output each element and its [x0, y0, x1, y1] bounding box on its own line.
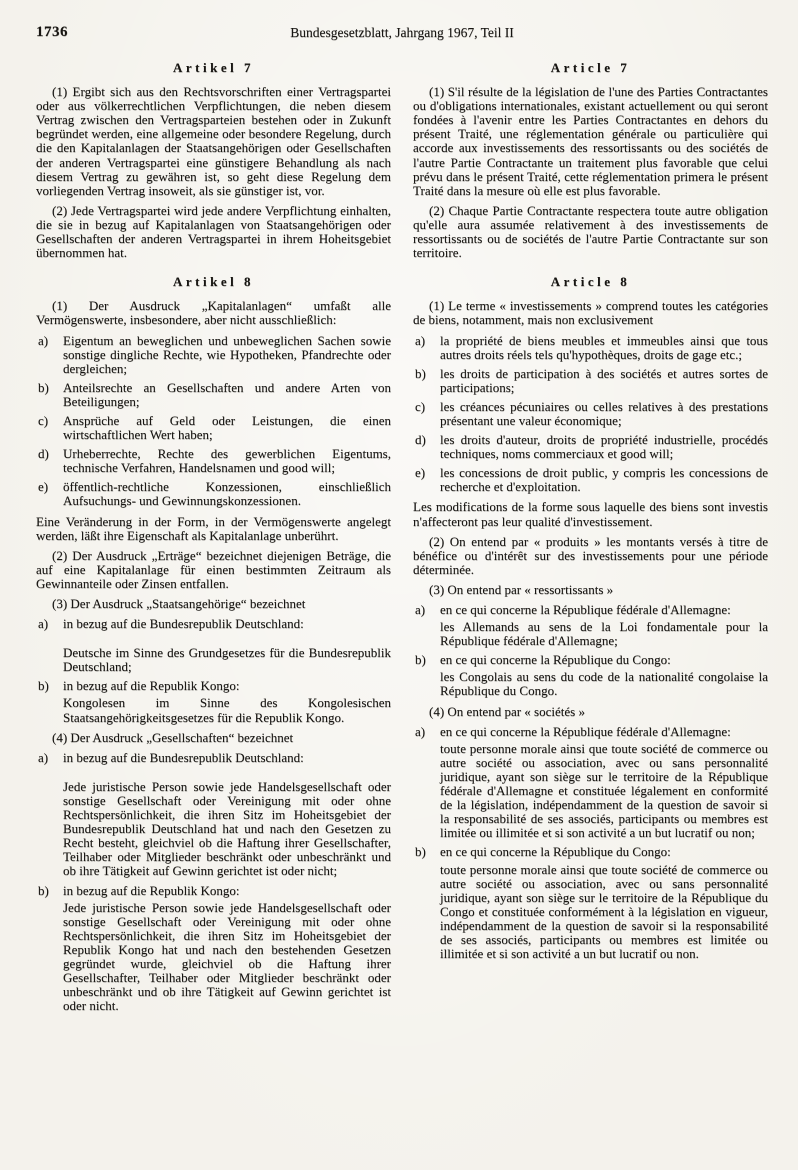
header-title: Bundesgesetzblatt, Jahrgang 1967, Teil I…: [36, 25, 768, 41]
list-item: d)Urheberrechte, Rechte des gewerblichen…: [36, 447, 391, 475]
list-item: c)Ansprüche auf Geld oder Leistungen, di…: [36, 414, 391, 442]
paragraph: Les modifications de la forme sous laque…: [413, 500, 768, 528]
item-marker: b): [415, 367, 426, 381]
list-item: a)en ce qui concerne la République fédér…: [413, 603, 768, 648]
paragraph: (3) On entend par « ressortissants »: [413, 583, 768, 597]
list-item: c)les créances pécuniaires ou celles rel…: [413, 400, 768, 428]
list-item: a)Eigentum an beweglichen und unbeweglic…: [36, 334, 391, 376]
two-column-layout: Artikel 7(1) Ergibt sich aus den Rechtsv…: [36, 56, 768, 1018]
item-text: les droits d'auteur, droits de propriété…: [440, 433, 768, 461]
item-text: les droits de participation à des sociét…: [440, 367, 768, 395]
item-marker: a): [415, 603, 425, 617]
paragraph: (1) Le terme « investissements » compren…: [413, 299, 768, 327]
list-item: e)les concessions de droit public, y com…: [413, 466, 768, 494]
item-text: en ce qui concerne la République fédéral…: [440, 603, 768, 617]
item-text: in bezug auf die Bundesrepublik Deutschl…: [63, 617, 391, 631]
paragraph: (2) Jede Vertragspartei wird jede andere…: [36, 204, 391, 260]
item-text: in bezug auf die Bundesrepublik Deutschl…: [63, 751, 391, 765]
article-heading: Artikel 7: [36, 61, 391, 75]
item-marker: c): [38, 414, 48, 428]
item-text: Urheberrechte, Rechte des gewerblichen E…: [63, 447, 391, 475]
item-marker: c): [415, 400, 425, 414]
item-text: öffentlich-rechtliche Konzessionen, eins…: [63, 480, 391, 508]
item-sub-paragraph: Jede juristische Person sowie jede Hande…: [63, 780, 391, 879]
item-text: en ce qui concerne la République du Cong…: [440, 845, 768, 859]
paragraph: (4) On entend par « sociétés »: [413, 705, 768, 719]
item-marker: d): [415, 433, 426, 447]
list-item: a)en ce qui concerne la République fédér…: [413, 725, 768, 841]
paragraph: (1) Ergibt sich aus den Rechtsvorschrift…: [36, 85, 391, 198]
item-sub-paragraph: les Congolais au sens du code de la nati…: [440, 670, 768, 698]
item-marker: e): [38, 480, 48, 494]
item-text: la propriété de biens meubles et immeubl…: [440, 334, 768, 362]
item-text: Anteilsrechte an Gesellschaften und ande…: [63, 381, 391, 409]
item-text: en ce qui concerne la République fédéral…: [440, 725, 768, 739]
item-marker: d): [38, 447, 49, 461]
paragraph: (2) On entend par « produits » les monta…: [413, 535, 768, 577]
item-text: les concessions de droit public, y compr…: [440, 466, 768, 494]
item-marker: b): [38, 381, 49, 395]
list-item: b)en ce qui concerne la République du Co…: [413, 845, 768, 961]
list-item: d)les droits d'auteur, droits de proprié…: [413, 433, 768, 461]
item-text: in bezug auf die Republik Kongo:: [63, 679, 391, 693]
paragraph: (4) Der Ausdruck „Gesellschaften“ bezeic…: [36, 731, 391, 745]
item-marker: b): [415, 653, 426, 667]
item-sub-paragraph: Deutsche im Sinne des Grundgesetzes für …: [63, 646, 391, 674]
item-text: les créances pécuniaires ou celles relat…: [440, 400, 768, 428]
list-item: b)Anteilsrechte an Gesellschaften und an…: [36, 381, 391, 409]
list-item: a)in bezug auf die Bundesrepublik Deutsc…: [36, 751, 391, 879]
list-item: b)in bezug auf die Republik Kongo:Kongol…: [36, 679, 391, 724]
french-column: Article 7(1) S'il résulte de la législat…: [413, 56, 768, 1018]
item-sub-paragraph: toute personne morale ainsi que toute so…: [440, 742, 768, 841]
article-heading: Artikel 8: [36, 275, 391, 289]
paragraph: (1) Der Ausdruck „Kapitalanlagen“ umfaßt…: [36, 299, 391, 327]
list-item: a)in bezug auf die Bundesrepublik Deutsc…: [36, 617, 391, 674]
item-text: in bezug auf die Republik Kongo:: [63, 884, 391, 898]
item-marker: a): [38, 617, 48, 631]
paragraph: (2) Chaque Partie Contractante respecter…: [413, 204, 768, 260]
list-item: b)in bezug auf die Republik Kongo:Jede j…: [36, 884, 391, 1014]
list-item: b)en ce qui concerne la République du Co…: [413, 653, 768, 698]
item-marker: e): [415, 466, 425, 480]
item-marker: b): [38, 679, 49, 693]
item-text: Eigentum an beweglichen und unbewegliche…: [63, 334, 391, 376]
article-heading: Article 7: [413, 61, 768, 75]
paragraph: Eine Veränderung in der Form, in der Ver…: [36, 515, 391, 543]
item-sub-paragraph: Jede juristische Person sowie jede Hande…: [63, 901, 391, 1014]
item-marker: b): [415, 845, 426, 859]
paragraph: (3) Der Ausdruck „Staatsangehörige“ beze…: [36, 597, 391, 611]
paragraph: (1) S'il résulte de la législation de l'…: [413, 85, 768, 198]
document-page: 1736 Bundesgesetzblatt, Jahrgang 1967, T…: [0, 0, 798, 1170]
item-marker: a): [415, 334, 425, 348]
item-marker: a): [38, 751, 48, 765]
item-marker: a): [415, 725, 425, 739]
item-marker: b): [38, 884, 49, 898]
article-heading: Article 8: [413, 275, 768, 289]
item-sub-paragraph: les Allemands au sens de la Loi fondamen…: [440, 620, 768, 648]
paragraph: (2) Der Ausdruck „Erträge“ bezeichnet di…: [36, 549, 391, 591]
item-sub-paragraph: toute personne morale ainsi que toute so…: [440, 863, 768, 962]
item-text: Ansprüche auf Geld oder Leistungen, die …: [63, 414, 391, 442]
item-sub-paragraph: Kongolesen im Sinne des Kongolesischen S…: [63, 696, 391, 724]
item-marker: a): [38, 334, 48, 348]
page-header: 1736 Bundesgesetzblatt, Jahrgang 1967, T…: [36, 24, 768, 44]
list-item: a)la propriété de biens meubles et immeu…: [413, 334, 768, 362]
item-text: en ce qui concerne la République du Cong…: [440, 653, 768, 667]
german-column: Artikel 7(1) Ergibt sich aus den Rechtsv…: [36, 56, 391, 1018]
list-item: e)öffentlich-rechtliche Konzessionen, ei…: [36, 480, 391, 508]
list-item: b)les droits de participation à des soci…: [413, 367, 768, 395]
